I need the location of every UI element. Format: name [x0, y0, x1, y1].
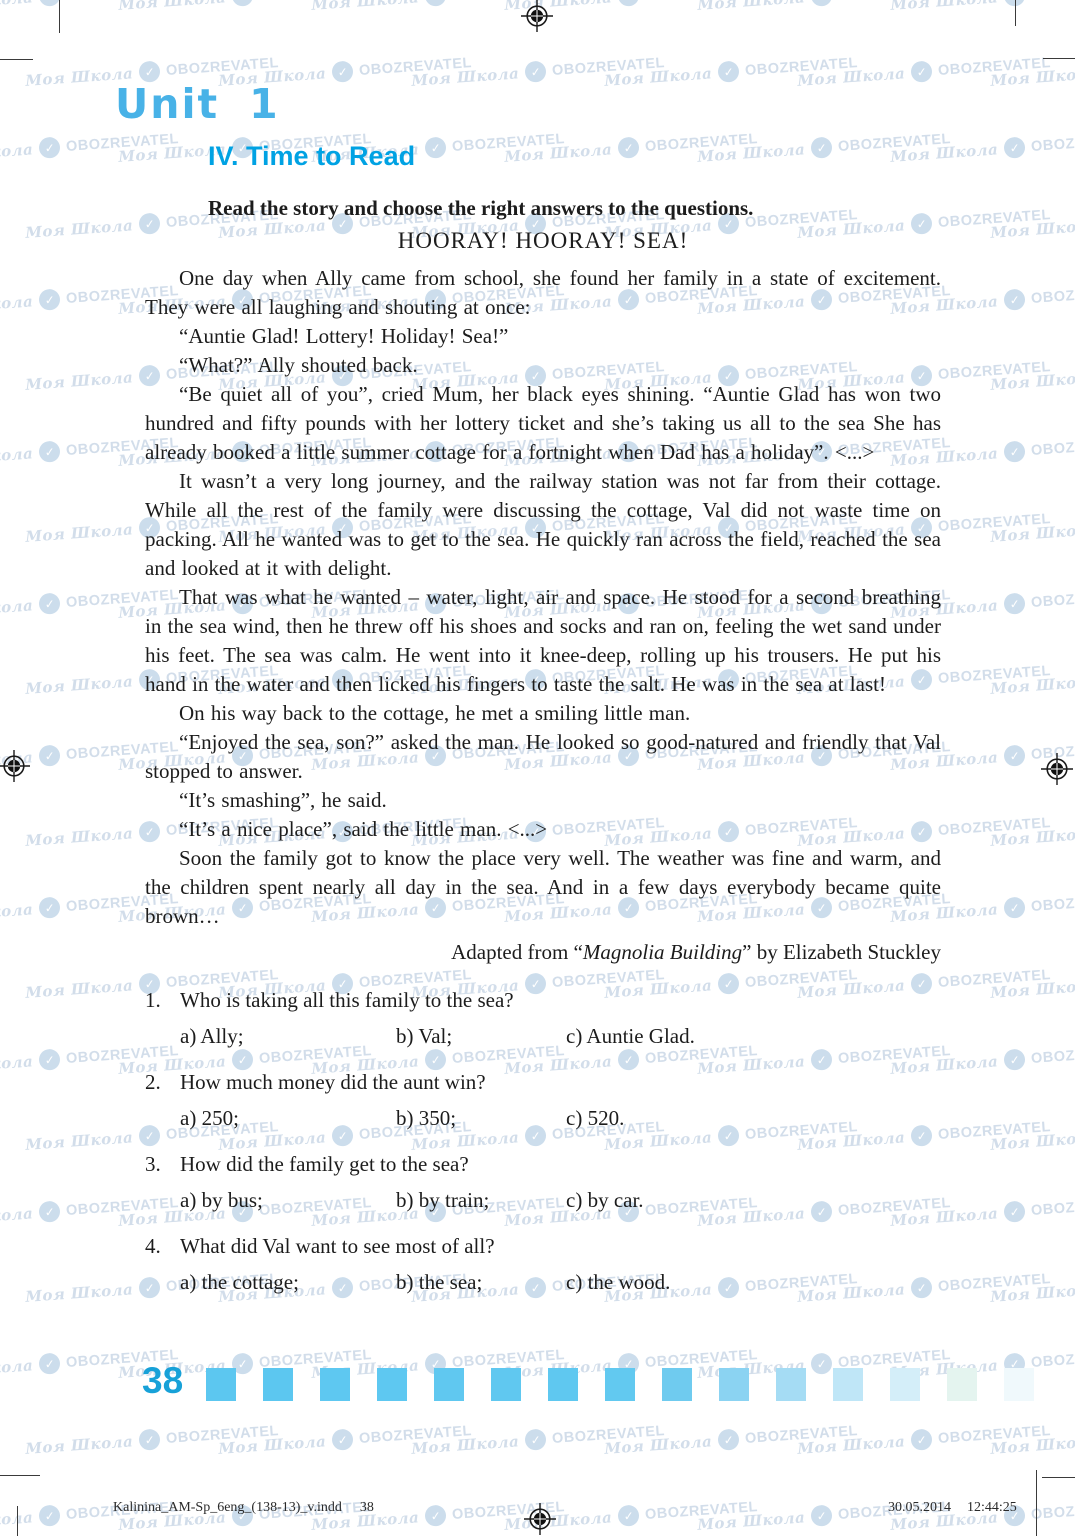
question-number: 3.	[145, 1149, 180, 1179]
task-instruction: Read the story and choose the right answ…	[208, 196, 753, 221]
question-number: 2.	[145, 1067, 180, 1097]
watermark-logo-icon: ✓	[910, 60, 932, 82]
story-paragraph: “Be quiet all of you”, cried Mum, her bl…	[145, 380, 941, 467]
question-text: How did the family get to the sea?	[180, 1149, 469, 1179]
crop-mark	[0, 1475, 40, 1476]
section-title: IV. Time to Read	[208, 141, 415, 172]
story-paragraph: “It’s a nice place”, said the little man…	[145, 815, 941, 844]
watermark-logo-icon: ✓	[38, 136, 60, 158]
watermark-logo-icon: ✓	[331, 60, 353, 82]
print-time: 12:44:25	[967, 1500, 1017, 1515]
decor-square	[662, 1368, 692, 1401]
watermark-logo-icon: ✓	[424, 136, 446, 158]
watermark-logo-icon: ✓	[524, 1428, 546, 1450]
crop-mark	[1043, 58, 1075, 59]
watermark-logo-icon: ✓	[424, 0, 446, 7]
watermark-logo-icon: ✓	[1003, 440, 1025, 462]
story-paragraph: One day when Ally came from school, she …	[145, 264, 941, 322]
question-option-a: a) 250;	[180, 1103, 396, 1133]
print-timestamp: 30.05.201412:44:25	[888, 1500, 1017, 1516]
crop-mark	[1036, 1470, 1037, 1536]
page-decoration-squares	[206, 1368, 1034, 1401]
decor-square	[491, 1368, 521, 1401]
question-number: 4.	[145, 1231, 180, 1261]
page-footer: 38	[0, 1362, 1075, 1408]
registration-mark	[1040, 752, 1074, 786]
watermark-logo-icon: ✓	[38, 0, 60, 7]
unit-word: Unit	[115, 80, 219, 128]
page-number: 38	[142, 1362, 183, 1399]
decor-square	[605, 1368, 635, 1401]
question-option-a: a) Ally;	[180, 1021, 396, 1051]
watermark-logo-icon: ✓	[231, 0, 253, 7]
watermark-logo-icon: ✓	[1003, 1048, 1025, 1070]
decor-square	[776, 1368, 806, 1401]
crop-mark	[1042, 1477, 1075, 1478]
watermark-logo-icon: ✓	[1003, 1200, 1025, 1222]
watermark-logo-icon: ✓	[138, 1428, 160, 1450]
watermark-logo-icon: ✓	[810, 136, 832, 158]
registration-mark	[523, 1502, 557, 1536]
question-option-a: a) by bus;	[180, 1185, 396, 1215]
textbook-page: Моя Школа✓OBOZREVATELМоя Школа✓OBOZREVAT…	[0, 0, 1075, 1536]
question-option-b: b) 350;	[396, 1103, 566, 1133]
story-paragraph: On his way back to the cottage, he met a…	[145, 699, 941, 728]
watermark-logo-icon: ✓	[38, 592, 60, 614]
watermark-logo-icon: ✓	[1003, 136, 1025, 158]
watermark-logo-icon: ✓	[910, 1428, 932, 1450]
watermark-logo-icon: ✓	[424, 1504, 446, 1526]
question-item: 3. How did the family get to the sea? a)…	[145, 1149, 941, 1215]
watermark-logo-icon: ✓	[38, 744, 60, 766]
registration-mark	[520, 0, 554, 33]
story-paragraph: That was what he wanted – water, light, …	[145, 583, 941, 699]
print-date: 30.05.2014	[888, 1500, 951, 1515]
watermark-logo-icon: ✓	[1003, 288, 1025, 310]
watermark-logo-icon: ✓	[1003, 744, 1025, 766]
question-item: 1. Who is taking all this family to the …	[145, 985, 941, 1051]
watermark-logo-icon: ✓	[617, 136, 639, 158]
decor-square	[890, 1368, 920, 1401]
decor-square	[206, 1368, 236, 1401]
watermark-logo-icon: ✓	[810, 1504, 832, 1526]
unit-number: 1	[249, 80, 280, 128]
decor-square	[377, 1368, 407, 1401]
decor-square	[719, 1368, 749, 1401]
decor-square	[434, 1368, 464, 1401]
attribution-suffix: ” by Elizabeth Stuckley	[742, 940, 941, 964]
attribution: Adapted from “Magnolia Building” by Eliz…	[145, 940, 941, 965]
question-option-a: a) the cottage;	[180, 1267, 396, 1297]
question-number: 1.	[145, 985, 180, 1015]
watermark-logo-icon: ✓	[38, 896, 60, 918]
watermark-logo-icon: ✓	[38, 440, 60, 462]
story-body: One day when Ally came from school, she …	[145, 264, 941, 931]
registration-mark	[0, 749, 31, 783]
watermark-logo-icon: ✓	[38, 1504, 60, 1526]
watermark-logo-icon: ✓	[717, 1428, 739, 1450]
attribution-prefix: Adapted from “	[451, 940, 583, 964]
watermark-logo-icon: ✓	[38, 288, 60, 310]
question-option-c: c) the wood.	[566, 1267, 670, 1297]
crop-mark	[0, 59, 33, 60]
text-column: HOORAY! HOORAY! SEA! One day when Ally c…	[145, 228, 941, 1297]
decor-square	[263, 1368, 293, 1401]
watermark-logo-icon: ✓	[617, 0, 639, 7]
watermark-logo-icon: ✓	[38, 1048, 60, 1070]
question-item: 2. How much money did the aunt win? a) 2…	[145, 1067, 941, 1133]
story-paragraph: “Auntie Glad! Lottery! Holiday! Sea!”	[145, 322, 941, 351]
question-text: What did Val want to see most of all?	[180, 1231, 495, 1261]
imprint-page-number: 38	[360, 1500, 374, 1515]
decor-square	[1004, 1368, 1034, 1401]
decor-square	[548, 1368, 578, 1401]
decor-square	[947, 1368, 977, 1401]
imprint-filename: Kalinina_AM-Sp_6eng_(138-13)_v.indd38	[113, 1500, 374, 1516]
watermark-logo-icon: ✓	[1003, 896, 1025, 918]
crop-mark	[17, 1506, 18, 1536]
question-option-b: b) Val;	[396, 1021, 566, 1051]
story-paragraph: “It’s smashing”, he said.	[145, 786, 941, 815]
question-option-c: c) 520.	[566, 1103, 624, 1133]
question-option-c: c) Auntie Glad.	[566, 1021, 695, 1051]
question-text: How much money did the aunt win?	[180, 1067, 486, 1097]
question-text: Who is taking all this family to the sea…	[180, 985, 514, 1015]
watermark: Моя Школа✓OBOZREVATEL	[890, 0, 1075, 15]
question-item: 4. What did Val want to see most of all?…	[145, 1231, 941, 1297]
attribution-book-title: Magnolia Building	[583, 940, 742, 964]
decor-square	[833, 1368, 863, 1401]
watermark-logo-icon: ✓	[717, 60, 739, 82]
story-title: HOORAY! HOORAY! SEA!	[145, 228, 941, 254]
story-paragraph: “What?” Ally shouted back.	[145, 351, 941, 380]
story-paragraph: “Enjoyed the sea, son?” asked the man. H…	[145, 728, 941, 786]
story-paragraph: It wasn’t a very long journey, and the r…	[145, 467, 941, 583]
unit-heading: Unit1	[115, 84, 280, 125]
story-paragraph: Soon the family got to know the place ve…	[145, 844, 941, 931]
decor-square	[320, 1368, 350, 1401]
watermark-logo-icon: ✓	[810, 0, 832, 7]
question-option-b: b) the sea;	[396, 1267, 566, 1297]
watermark-logo-icon: ✓	[331, 1428, 353, 1450]
crop-mark	[1015, 0, 1016, 26]
question-option-c: c) by car.	[566, 1185, 644, 1215]
crop-mark	[59, 0, 60, 33]
watermark-logo-icon: ✓	[524, 60, 546, 82]
watermark-logo-icon: ✓	[38, 1200, 60, 1222]
watermark-logo-icon: ✓	[1003, 592, 1025, 614]
questions-list: 1. Who is taking all this family to the …	[145, 985, 941, 1297]
question-option-b: b) by train;	[396, 1185, 566, 1215]
watermark-logo-icon: ✓	[617, 1504, 639, 1526]
